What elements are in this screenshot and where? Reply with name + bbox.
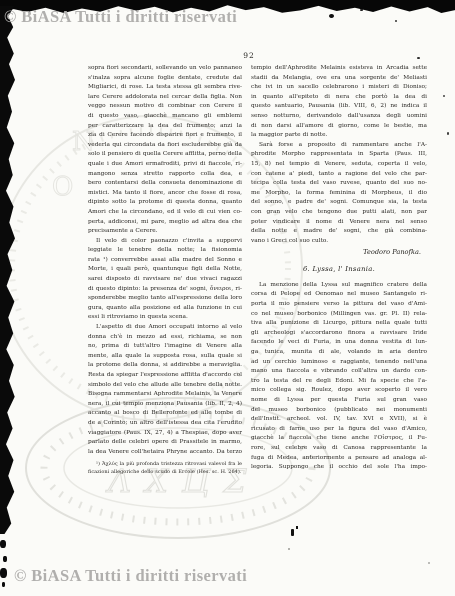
text-line: di non darsi all'amore di giorno, come l… <box>251 122 427 132</box>
text-line: simbolo del velo che allude alle tenebre… <box>88 381 242 391</box>
text-line: 15, 8) nel tempio di Venere, seduta, cop… <box>251 160 427 170</box>
text-line: mistici. Ma tanto il fiore, ancor che fo… <box>88 189 242 199</box>
footnote: ¹) Ἀχλύς la più profonda tristezza ritro… <box>88 461 242 476</box>
text-line: la maggior parte di notte. <box>251 131 427 141</box>
scan-tear-left-edge <box>0 6 15 534</box>
text-line: facendo le veci di Furia, in una donna v… <box>251 338 427 348</box>
dust-speck <box>447 132 449 135</box>
dust-speck <box>428 562 430 564</box>
right-column-text-top: tempio dell'Aphrodite Melainis esisteva … <box>251 64 427 246</box>
text-line: tiva alla punizione di Licurgo, pittura … <box>251 319 427 329</box>
text-line: la dea Venere coll'hetaira Phryne accant… <box>88 448 242 458</box>
text-line: quale i due Amori ermafroditi, privi di … <box>88 160 242 170</box>
text-line: Sarà forse a proposito di rammentare anc… <box>251 141 427 151</box>
text-line: viaggiatore (Paus. IX, 27, 4) a Thespiae… <box>88 429 242 439</box>
text-line: la protome della donna, si addirebbe a m… <box>88 361 242 371</box>
text-line: mente, alla quale la supposta rosa, sull… <box>88 352 242 362</box>
scan-blob <box>0 568 7 578</box>
left-column-text: sopra fiori secondarii, sollevando un ve… <box>88 64 242 457</box>
text-line: fuga di Medea, anteriormente a pensare a… <box>251 454 427 464</box>
text-line: con catene a' piedi, tanto a ragione del… <box>251 170 427 180</box>
text-line: sponderebbe meglio tanto all'espressione… <box>88 294 242 304</box>
text-line: leggiate le tenebre della notte; la fisi… <box>88 246 242 256</box>
text-line: di questo vaso, giacchè mancano gli embl… <box>88 112 242 122</box>
text-line: Il velo di color paonazzo c'invita a sup… <box>88 237 242 247</box>
text-line: no, prima di tutt'altro l'imagine di Ven… <box>88 342 242 352</box>
text-line: vano i Greci col suo culto. <box>251 237 427 247</box>
text-line: gli archeologi s'accordarono finora a ra… <box>251 329 427 339</box>
text-line: perta, addiconsi, mi pare, meglio ad alt… <box>88 218 242 228</box>
text-line: porta il mio pensiere verso la pittura d… <box>251 300 427 310</box>
text-line: questo santuario, Pausania (lib. VIII, 6… <box>251 102 427 112</box>
text-line: veggo nessun motivo di combinar con Cere… <box>88 102 242 112</box>
text-line: precisamente a Cerere. <box>88 227 242 237</box>
text-line: nera, il cui tempio menziona Pausania (l… <box>88 400 242 410</box>
text-line: dipinto sotto la protome di questa donna… <box>88 198 242 208</box>
text-line: vederla qui circondata da fiori escluder… <box>88 141 242 151</box>
text-line: ad un cerchio luminoso e raggiante, tene… <box>251 358 427 368</box>
text-line: giacchè la fiaccola che tiene anche l'Οἶ… <box>251 434 427 444</box>
scan-blob <box>2 582 5 587</box>
text-line: poter vindicare il nome di Venere nera n… <box>251 218 427 228</box>
right-column-text-bottom: La menzione della Lyssa sul magnifico cr… <box>251 281 427 473</box>
author-signature: Teodoro Panofka. <box>251 248 427 258</box>
text-line: Migliarici, di rose. La testa stessa gli… <box>88 83 242 93</box>
text-line: dell'Instit. archeol. vol. IV, tav. XVI … <box>251 415 427 425</box>
dust-speck <box>395 20 397 22</box>
text-line: bero contentarsi della consueta denomina… <box>88 179 242 189</box>
ink-mark <box>291 529 294 536</box>
text-line: del museo borbonico (pubblicato nei monu… <box>251 406 427 416</box>
text-line: ga tunica, munita di ale, volando in ari… <box>251 348 427 358</box>
page-number: 92 <box>236 51 262 60</box>
text-line: senso notturno, derivandolo dall'usanza … <box>251 112 427 122</box>
text-line: tecipa colla testa del vaso ruvese, quan… <box>251 179 427 189</box>
text-line: L'aspetto di due Amori occupati intorno … <box>88 323 242 333</box>
text-line: ficazioni allegoriche dello scudo di Erc… <box>88 469 242 477</box>
watermark-top: © BiASA Tutti i diritti riservati <box>4 7 237 27</box>
text-line: mico collega sig. Roulez, dopo aver scop… <box>251 386 427 396</box>
dust-speck <box>329 14 334 18</box>
section-heading: 6. Lyssa, l' Insania. <box>251 265 427 274</box>
scan-blob <box>0 540 6 548</box>
text-line: donna ch'è in mezzo ad essi, richiama, s… <box>88 333 242 343</box>
text-line: ricusato di farne uso per la figura del … <box>251 425 427 435</box>
text-line: parlato delle celebri opere di Prassitel… <box>88 438 242 448</box>
text-line: legoria. Suppongo che il occhio del sole… <box>251 463 427 473</box>
right-column: tempio dell'Aphrodite Melainis esisteva … <box>251 64 427 473</box>
text-line: che ivi in un sacello celebrarono i mist… <box>251 83 427 93</box>
text-line: essi li ritroviamo in questa scena. <box>88 313 242 323</box>
text-line: nome di Lyssa per questa Furia sul gran … <box>251 396 427 406</box>
scanned-page: N O ΛΧЦΣ © BiASA Tutti i diritti riserva… <box>0 0 455 596</box>
text-line: rata ¹) converrebbe assai alla madre del… <box>88 256 242 266</box>
dust-speck <box>443 95 445 97</box>
text-line: di questo dipinto: la presenza de' sogni… <box>88 285 242 295</box>
left-column: sopra fiori secondarii, sollevando un ve… <box>88 64 242 477</box>
scan-blob <box>3 556 7 562</box>
watermark-bottom: © BiASA Tutti i diritti riservati <box>14 566 247 586</box>
text-line: con gran velo che tengono due putti alat… <box>251 208 427 218</box>
text-line: me Morpho, la forma feminina di Morpheus… <box>251 189 427 199</box>
text-line: sarei disposto di ravvisare ne' due viva… <box>88 275 242 285</box>
text-line: corsa di Pelope ed Oenomao nel museo San… <box>251 290 427 300</box>
text-line: La menzione della Lyssa sul magnifico cr… <box>251 281 427 291</box>
text-line: mano una fiaccola e vibrando coll'altra … <box>251 367 427 377</box>
text-line: de a Corinto; un altro dell'istessa dea … <box>88 419 242 429</box>
text-line: ¹) Ἀχλύς la più profonda tristezza ritro… <box>88 461 242 469</box>
text-line: Morte, i quali però, quantunque figli de… <box>88 265 242 275</box>
text-line: Resta da spiegar l'espressione afflitta … <box>88 371 242 381</box>
text-line: della notte e madre de' sogni, che già c… <box>251 227 427 237</box>
text-line: lare Cerere addolorata nel cercar della … <box>88 93 242 103</box>
text-line: phrodite Morpho rappresentata in Sparta … <box>251 150 427 160</box>
text-line: rore, sul celebre vaso di Canosa rappres… <box>251 444 427 454</box>
text-line: co nel museo borbonico (Millingen vas. g… <box>251 310 427 320</box>
text-line: del sonno, e padre de' sogni. Comunque s… <box>251 198 427 208</box>
text-line: s'inalza sopra alcune foglie dentate, cr… <box>88 74 242 84</box>
text-line: mangono senza stretto rapporto colla dea… <box>88 170 242 180</box>
dust-speck <box>360 9 363 11</box>
text-line: stadii da Melangia, ove era una sorgente… <box>251 74 427 84</box>
text-line: tro la testa del re degli Edoni. Mi fa s… <box>251 377 427 387</box>
dust-speck <box>417 57 420 59</box>
text-line: in quanto all'epiteto di nera che portò … <box>251 93 427 103</box>
text-line: accanto al bosco di Bellerofonte ed alle… <box>88 409 242 419</box>
text-line: gura, quanto alla posizione ed alla funz… <box>88 304 242 314</box>
stamp-letter: O <box>52 172 73 202</box>
ink-mark <box>296 526 298 529</box>
dust-speck <box>288 548 290 550</box>
text-line: Amori che la circondano, ed il velo di c… <box>88 208 242 218</box>
text-line: tempio dell'Aphrodite Melainis esisteva … <box>251 64 427 74</box>
text-line: solo il pensiero di quella Cerere afflit… <box>88 150 242 160</box>
text-line: Bisogna rammentarsi Aphrodite Melainis, … <box>88 390 242 400</box>
text-line: zia di Cerere facendo disparire fiori e … <box>88 131 242 141</box>
text-line: per caratterizzare la dea del frumento; … <box>88 122 242 132</box>
text-line: sopra fiori secondarii, sollevando un ve… <box>88 64 242 74</box>
